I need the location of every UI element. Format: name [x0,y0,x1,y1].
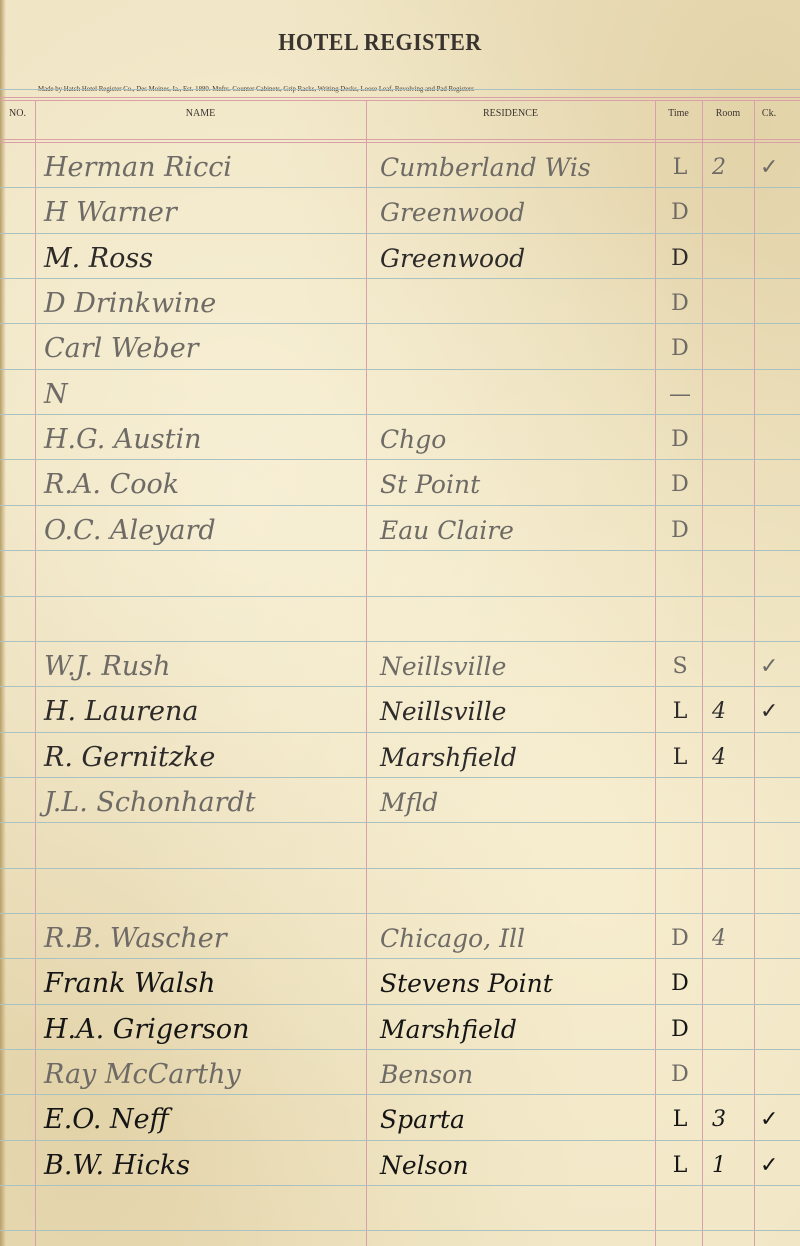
table-row: H WarnerGreenwoodD [0,187,800,232]
guest-name: Ray McCarthy [44,1060,241,1090]
ruled-line [0,1185,800,1186]
table-row: Ray McCarthyBensonD [0,1049,800,1094]
time-mark: D [660,244,700,274]
table-row: M. RossGreenwoodD [0,233,800,278]
table-row: H.A. GrigersonMarshfieldD [0,1004,800,1049]
guest-residence: Marshfield [380,1015,517,1045]
time-mark: L [660,743,700,773]
guest-residence: Nelson [380,1151,469,1181]
checkout-mark: ✓ [760,1151,796,1181]
guest-name: J.L. Schonhardt [44,788,256,818]
guest-name: W.J. Rush [44,652,170,682]
column-header-time: Time [655,108,702,119]
column-header-no: NO. [0,108,35,119]
register-page: HOTEL REGISTER Made by Hatch Hotel Regis… [0,0,800,1246]
guest-name: H Warner [44,198,177,228]
time-mark: L [660,1105,700,1135]
guest-name: E.O. Neff [44,1105,169,1135]
time-mark: D [660,425,700,455]
table-row: Herman RicciCumberland WisL2✓ [0,142,800,187]
guest-residence: Greenwood [380,198,525,228]
guest-residence: Chicago, Ill [380,924,525,954]
time-mark: D [660,334,700,364]
column-header-ck: Ck. [754,108,784,119]
time-mark: — [660,380,700,410]
table-row: H. LaurenaNeillsvilleL4✓ [0,686,800,731]
room-number: 4 [712,697,748,727]
time-mark: D [660,198,700,228]
table-row: E.O. NeffSpartaL3✓ [0,1094,800,1139]
column-header-room: Room [702,108,754,119]
ruled-line [0,1230,800,1231]
table-row [0,822,800,867]
table-row: Carl WeberD [0,323,800,368]
guest-name: M. Ross [44,244,153,274]
time-mark: S [660,652,700,682]
guest-name: Herman Ricci [44,153,232,183]
guest-name: B.W. Hicks [44,1151,190,1181]
guest-residence: Eau Claire [380,516,514,546]
guest-name: Carl Weber [44,334,199,364]
header-rule-top-red [0,97,800,98]
table-row: R.B. WascherChicago, IllD4 [0,913,800,958]
header-rule-bottom-red [0,139,800,140]
guest-name: N [44,380,68,410]
table-row [0,596,800,641]
room-number: 4 [712,743,748,773]
table-row: O.C. AleyardEau ClaireD [0,505,800,550]
guest-name: H.G. Austin [44,425,202,455]
guest-residence: St Point [380,470,480,500]
room-number: 1 [712,1151,748,1181]
time-mark: D [660,289,700,319]
table-row: B.W. HicksNelsonL1✓ [0,1140,800,1185]
guest-residence: Cumberland Wis [380,153,591,183]
time-mark: L [660,153,700,183]
table-row: R.A. CookSt PointD [0,459,800,504]
room-number: 2 [712,153,748,183]
table-row: R. GernitzkeMarshfieldL4 [0,732,800,777]
guest-name: R.A. Cook [44,470,179,500]
header-rule-top-red-2 [0,100,800,101]
guest-residence: Neillsville [380,697,506,727]
column-header-name: NAME [35,108,366,119]
guest-name: R. Gernitzke [44,743,215,773]
table-row [0,550,800,595]
checkout-mark: ✓ [760,153,796,183]
table-row: Frank WalshStevens PointD [0,958,800,1003]
time-mark: L [660,1151,700,1181]
guest-name: D Drinkwine [44,289,216,319]
checkout-mark: ✓ [760,1105,796,1135]
header-rule-top-blue [0,89,800,90]
table-row: D DrinkwineD [0,278,800,323]
guest-residence: Greenwood [380,244,525,274]
guest-name: H.A. Grigerson [44,1015,250,1045]
table-row: H.G. AustinChgoD [0,414,800,459]
table-row: W.J. RushNeillsvilleS✓ [0,641,800,686]
guest-residence: Benson [380,1060,473,1090]
time-mark: D [660,516,700,546]
guest-name: R.B. Wascher [44,924,227,954]
column-header-residence: RESIDENCE [366,108,655,119]
page-title: HOTEL REGISTER [30,30,729,57]
time-mark: D [660,924,700,954]
time-mark: D [660,969,700,999]
guest-residence: Stevens Point [380,969,553,999]
guest-name: O.C. Aleyard [44,516,216,546]
checkout-mark: ✓ [760,652,796,682]
table-row: J.L. SchonhardtMfld [0,777,800,822]
guest-residence: Marshfield [380,743,517,773]
room-number: 3 [712,1105,748,1135]
table-row [0,868,800,913]
time-mark: L [660,697,700,727]
table-row: N— [0,369,800,414]
guest-name: Frank Walsh [44,969,215,999]
guest-residence: Mfld [380,788,438,818]
guest-residence: Chgo [380,425,446,455]
time-mark: D [660,1060,700,1090]
guest-residence: Neillsville [380,652,506,682]
time-mark: D [660,1015,700,1045]
time-mark: D [660,470,700,500]
room-number: 4 [712,924,748,954]
guest-name: H. Laurena [44,697,199,727]
guest-residence: Sparta [380,1105,465,1135]
checkout-mark: ✓ [760,697,796,727]
